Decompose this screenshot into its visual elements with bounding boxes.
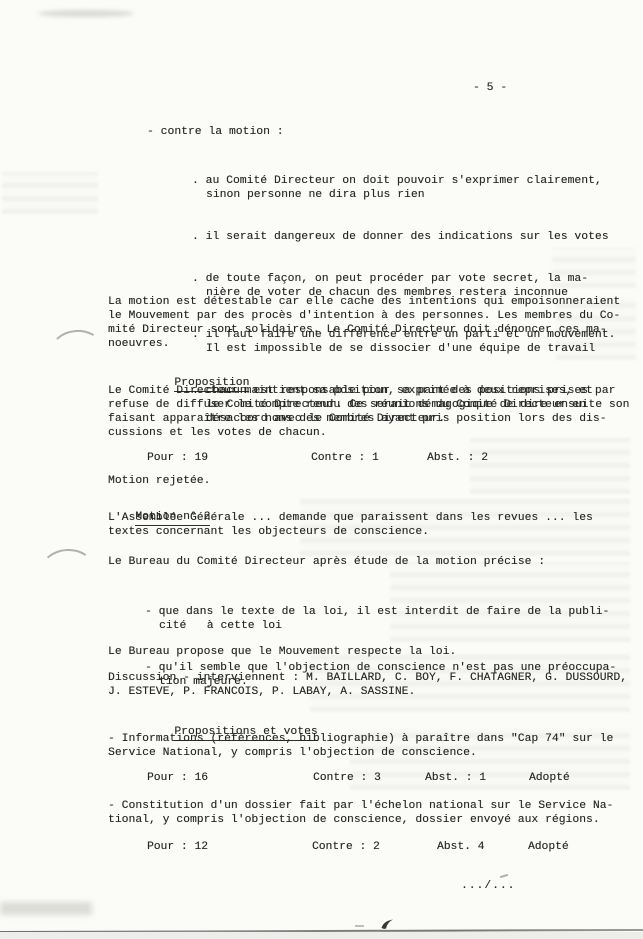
paragraph-discussion: Discussion - interviennent : M. BAILLARD… — [108, 671, 642, 699]
pen-mark — [380, 917, 395, 930]
ink-smudge — [0, 902, 92, 915]
vote-row-proposition-2: Pour : 12 Contre : 2 Abst. 4 Adopté — [0, 840, 643, 854]
paragraph-proposition-2: - Constitution d'un dossier fait par l'é… — [108, 799, 638, 827]
paragraph-proposition-1: - Informations (références, bibliographi… — [108, 732, 638, 760]
vote-contre: Contre : 3 — [313, 771, 381, 785]
vote-row-proposition-1: Pour : 16 Contre : 3 Abst. : 1 Adopté — [0, 771, 643, 785]
vote-pour: Pour : 16 — [147, 771, 208, 785]
ink-smudge — [500, 874, 508, 878]
scan-margin-strip — [0, 932, 643, 939]
paragraph-proposition: Le Comité Directeur maintient sa positio… — [108, 384, 638, 440]
vote-pour: Pour : 12 — [147, 840, 208, 854]
ink-smudge — [355, 925, 364, 927]
scanned-document-page: - 5 - - contre la motion : . au Comité D… — [0, 0, 643, 939]
vote-resultat: Adopté — [528, 840, 569, 854]
motion-rejetee-text: Motion rejetée. — [108, 474, 210, 488]
vote-contre: Contre : 2 — [312, 840, 380, 854]
bullet-item: . il serait dangereux de donner des indi… — [192, 230, 637, 244]
bleedthrough-smudge — [2, 172, 98, 214]
vote-abst: Abst. : 2 — [427, 451, 488, 465]
page-number: - 5 - — [473, 81, 507, 95]
vote-abst: Abst. 4 — [437, 840, 484, 854]
paragraph-commentaire: La motion est détestable car elle cache … — [108, 295, 638, 351]
bullet-item: . au Comité Directeur on doit pouvoir s'… — [192, 174, 637, 202]
continuation-mark: .../... — [461, 879, 515, 893]
vote-row-motion1: Pour : 19 Contre : 1 Abst. : 2 — [0, 451, 643, 465]
hole-punch-arc — [40, 547, 96, 591]
contre-motion-heading: - contre la motion : — [147, 125, 284, 139]
paragraph-bureau-proposition: Le Bureau propose que le Mouvement respe… — [108, 645, 638, 659]
paragraph-bureau-intro: Le Bureau du Comité Directeur après étud… — [108, 555, 638, 569]
vote-resultat: Adopté — [529, 771, 570, 785]
hole-punch-arc — [49, 327, 104, 370]
vote-contre: Contre : 1 — [311, 451, 379, 465]
paragraph-motion2-texte: L'Assemblée Générale ... demande que par… — [108, 511, 638, 539]
ink-smudge — [38, 10, 134, 17]
vote-pour: Pour : 19 — [147, 451, 208, 465]
vote-abst: Abst. : 1 — [425, 771, 486, 785]
precision-item: - que dans le texte de la loi, il est in… — [145, 605, 637, 633]
